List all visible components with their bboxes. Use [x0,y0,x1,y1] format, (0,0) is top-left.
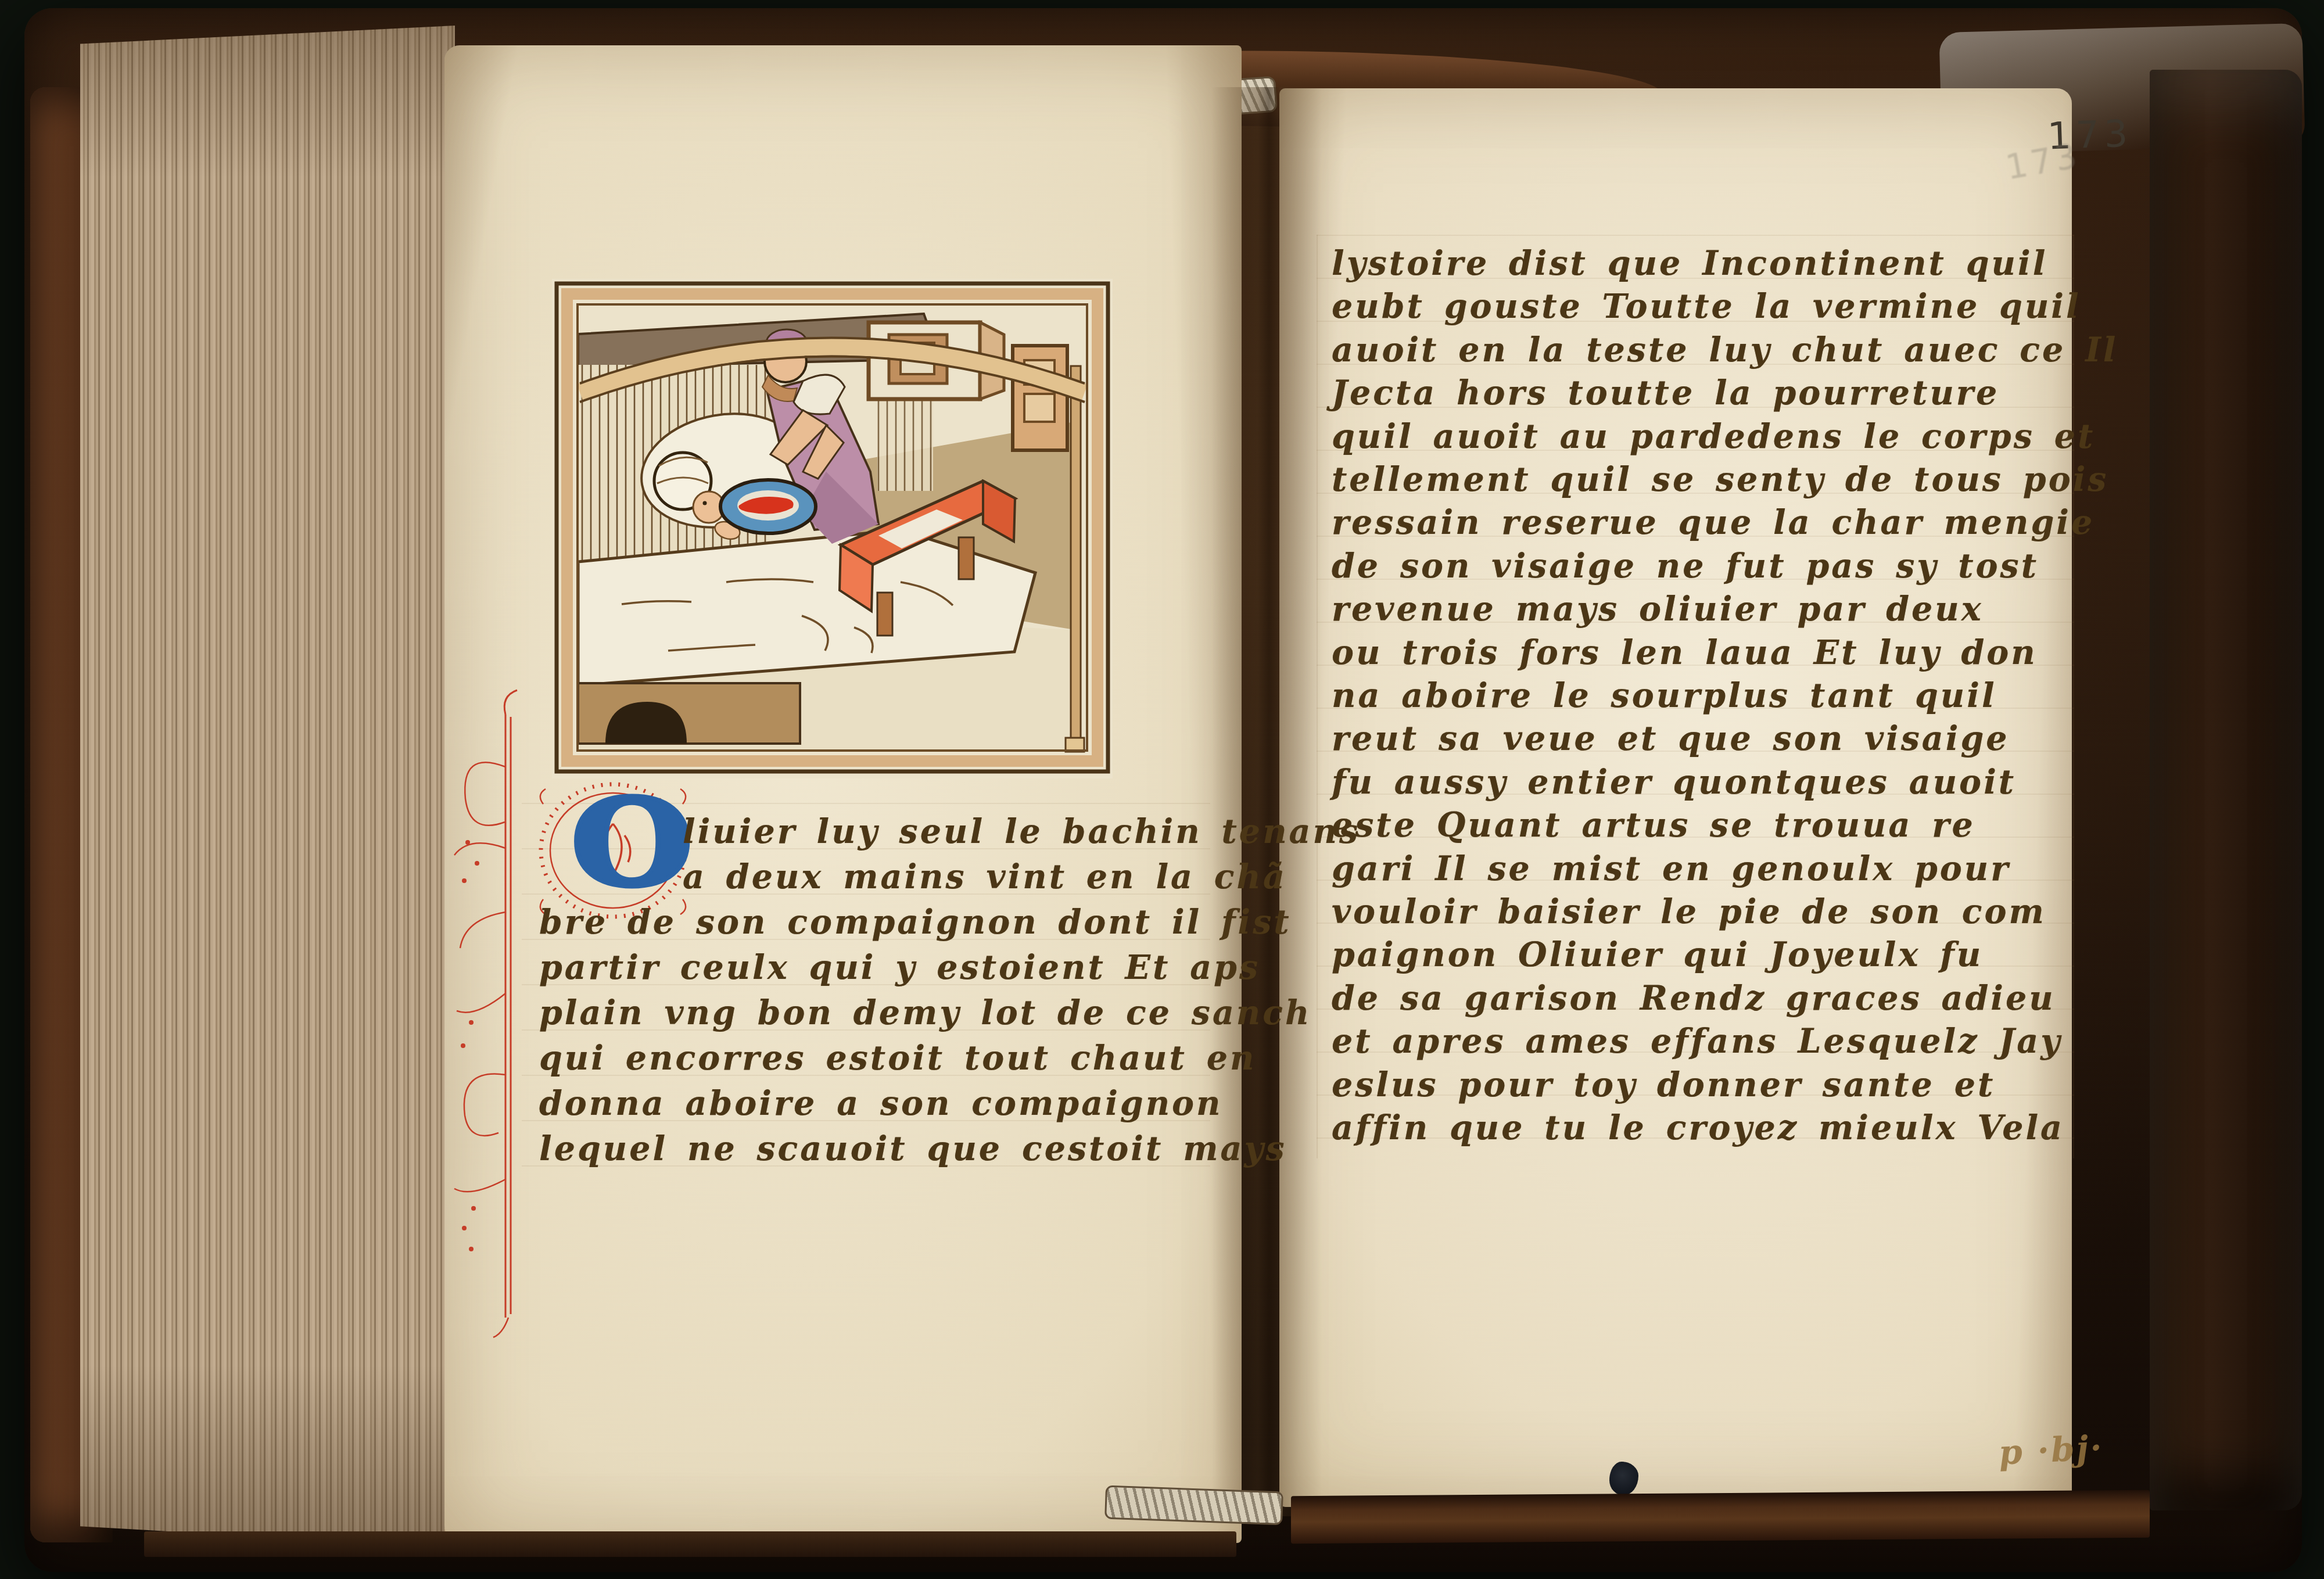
miniature-sickroom-scene [552,279,1113,778]
quire-signature: p ·bj· [1997,1427,2104,1472]
manuscript-line: revenue mays oliuier par deux [1332,590,1984,629]
manuscript-line: quil auoit au pardedens le corps et [1332,417,2095,456]
manuscript-line: partir ceulx qui y estoient Et aps [539,948,1260,987]
manuscript-line: ou trois fors len laua Et luy don [1332,633,2038,672]
manuscript-line: na aboire le sourplus tant quil [1332,676,1997,715]
manuscript-line: qui encorres estoit tout chaut en [539,1039,1256,1078]
right-cover-edge [2150,70,2302,1510]
manuscript-line: liuier luy seul le bachin tenans [683,812,1360,851]
manuscript-line: auoit en la teste luy chut auec ce Il [1332,331,2118,369]
manuscript-line: de son visaige ne fut pas sy tost [1332,547,2039,586]
left-page-edges [80,26,455,1548]
manuscript-line: a deux mains vint en la chã [683,857,1287,896]
photo-stage: O liuier luy seul le bachin tenans a deu… [0,0,2324,1579]
manuscript-line: lequel ne scauoit que cestoit mays [539,1129,1287,1168]
manuscript-line: affin que tu le croyez mieulx Vela [1332,1108,2064,1147]
manuscript-line: reut sa veue et que son visaige [1332,719,2010,758]
blood-dish [720,480,816,533]
manuscript-line: plain vng bon demy lot de ce sanch [539,993,1311,1032]
tailband [1104,1485,1283,1526]
manuscript-line: paignon Oliuier qui Joyeulx fu [1332,935,1983,974]
decorated-initial-O: O [571,783,694,903]
manuscript-line: et apres ames effans Lesquelz Jay [1332,1022,2062,1061]
frame-post [1071,366,1081,741]
manuscript-line: eslus pour toy donner sante et [1332,1065,1995,1104]
manuscript-line: lystoire dist que Incontinent quil [1332,244,2047,283]
manuscript-line: donna aboire a son compaignon [539,1084,1223,1123]
manuscript-line: de sa garison Rendz graces adieu [1332,979,2056,1018]
gutter-shadow [1211,87,1322,1516]
door [1013,346,1067,450]
manuscript-line: ressain reserue que la char mengie [1332,503,2095,542]
manuscript-line: Jecta hors toutte la pourreture [1332,374,1999,412]
manuscript-line: vouloir baisier le pie de son com [1332,892,2046,931]
bottom-cover-edge-right [1291,1490,2150,1544]
manuscript-line: este Quant artus se trouua re [1332,806,1975,845]
bed-frame-front [578,683,800,744]
manuscript-line: tellement quil se senty de tous pois [1332,460,2108,499]
manuscript-line: fu aussy entier quontques auoit [1332,763,2016,802]
bottom-cover-edge-left [144,1531,1236,1557]
manuscript-line: eubt gouste Toutte la vermine quil [1332,287,2081,326]
manuscript-line: bre de son compaignon dont il fist [539,903,1292,942]
manuscript-line: gari Il se mist en genoulx pour [1332,849,2010,888]
